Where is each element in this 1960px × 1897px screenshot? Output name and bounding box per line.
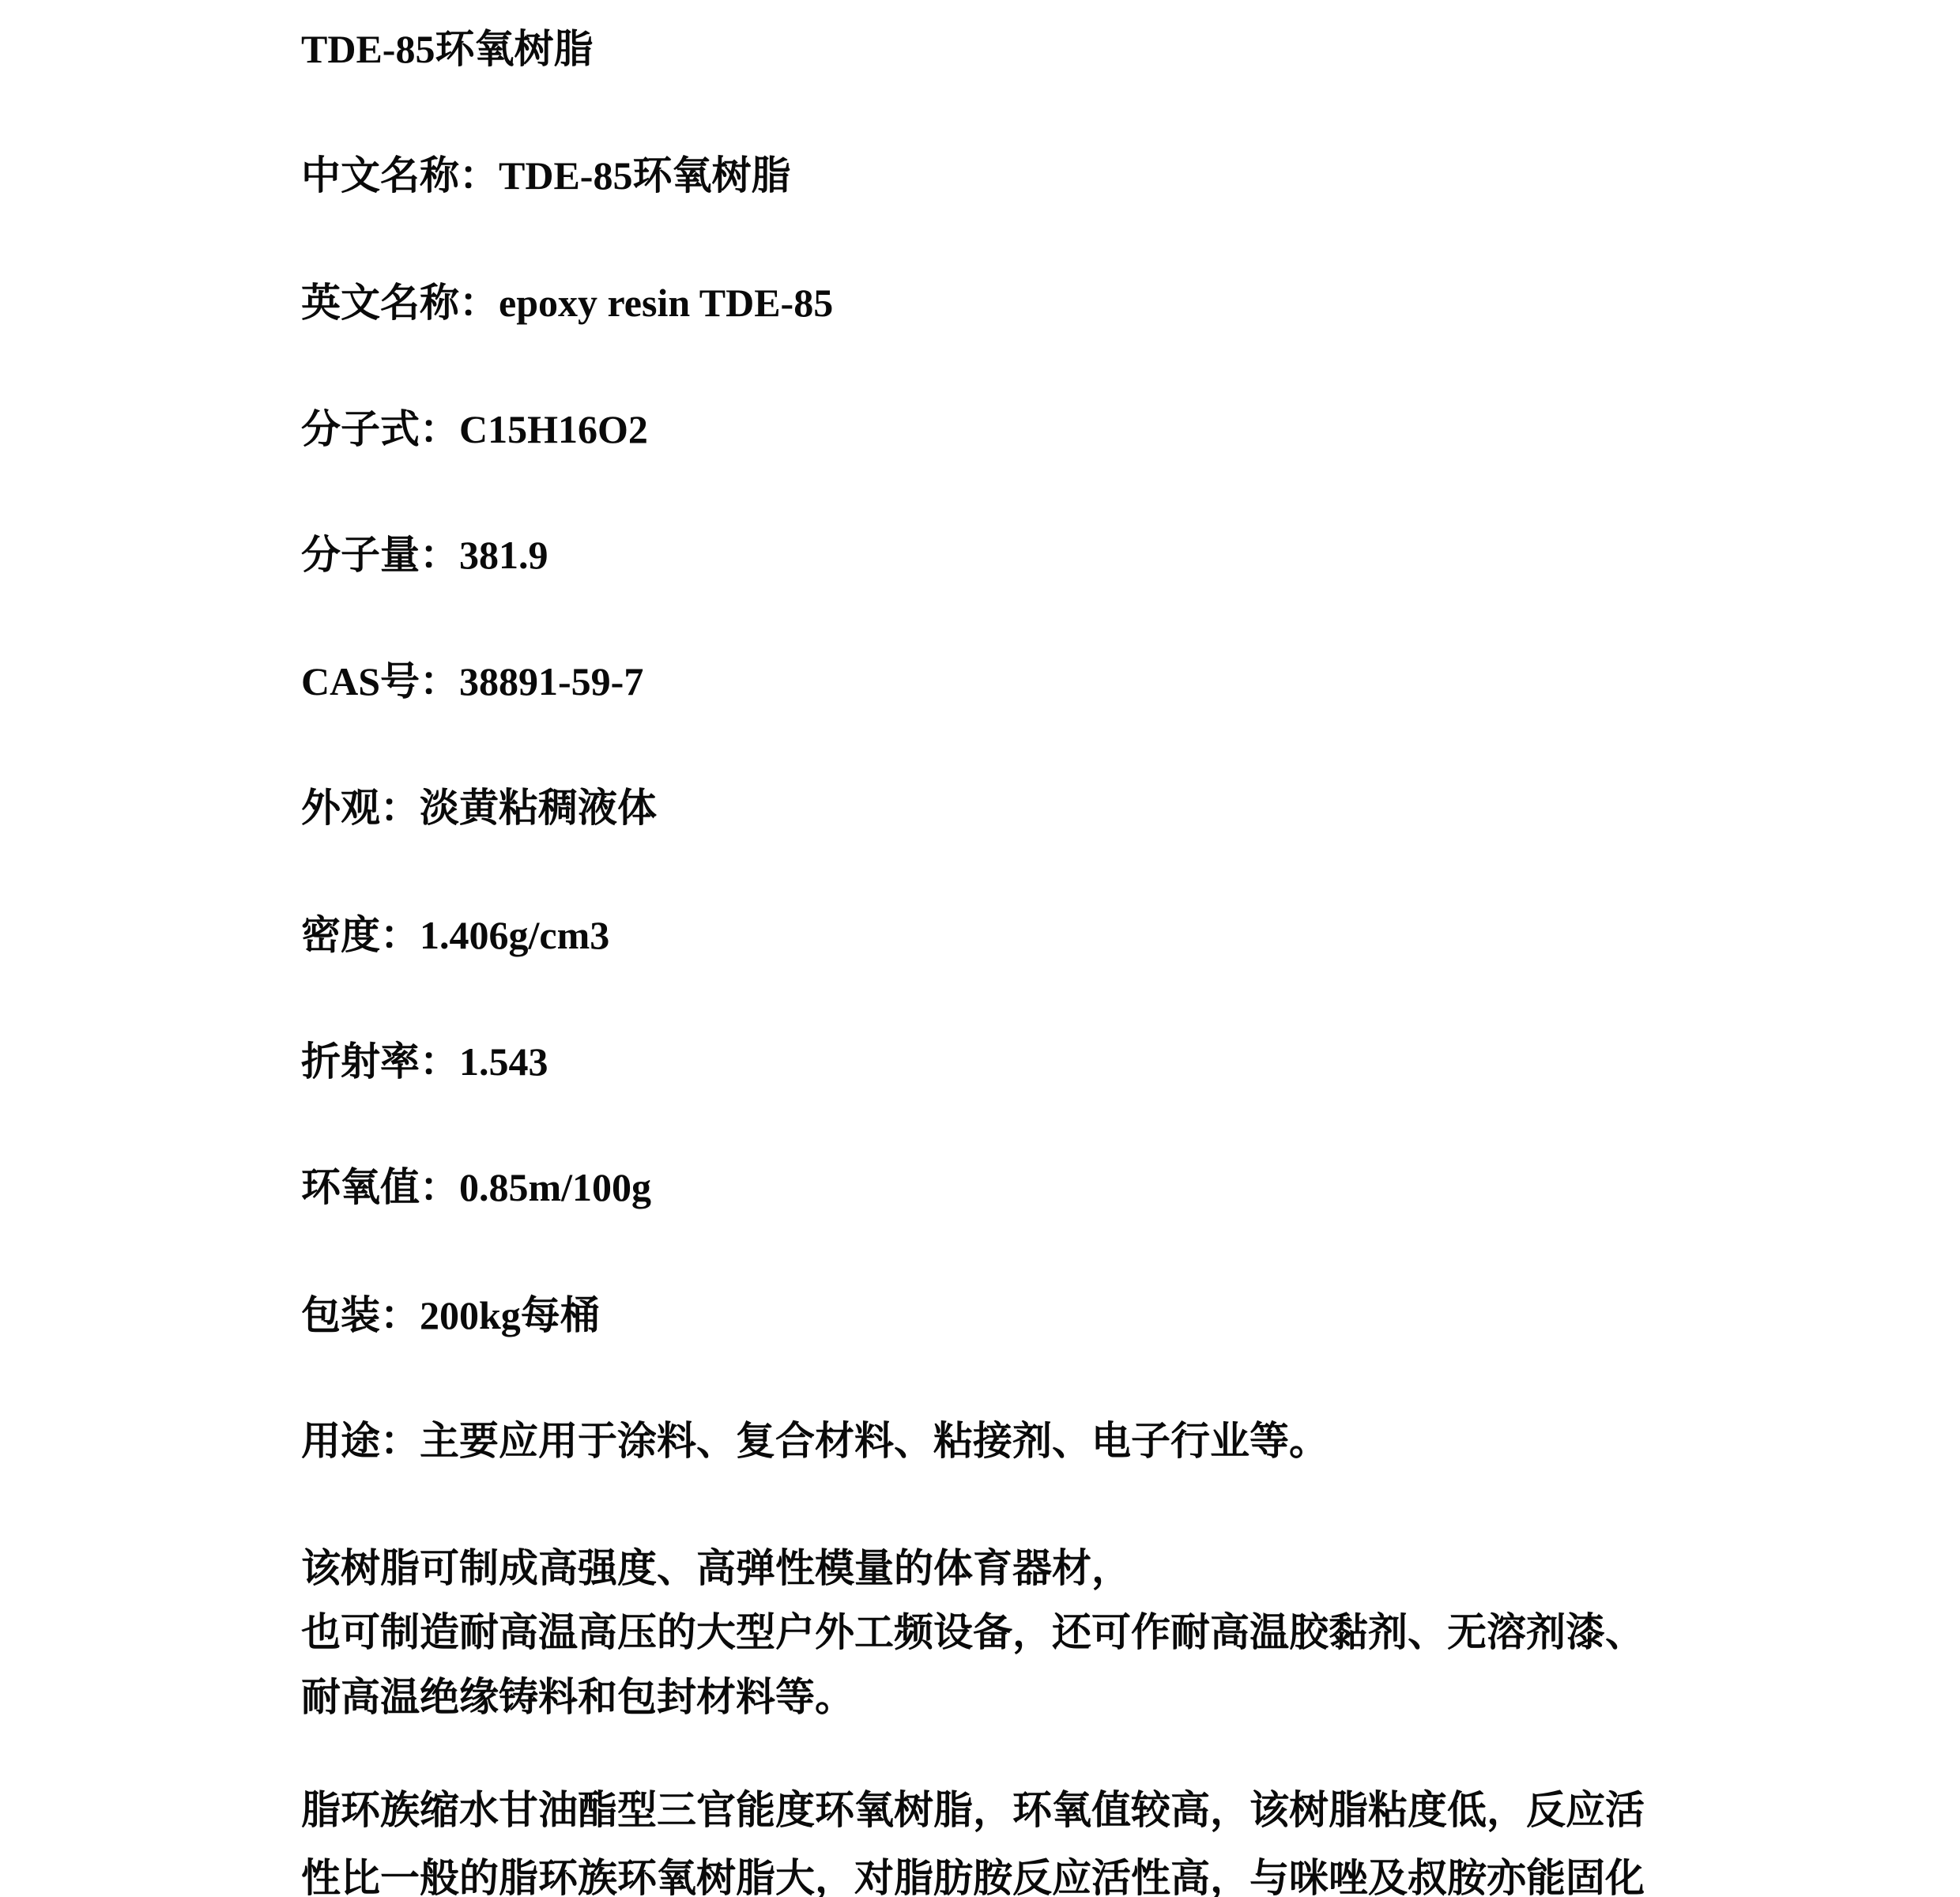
field-label: 折射率： [301,1039,459,1084]
field-value: 1.406g/cm3 [420,913,609,957]
field-molecular-formula: 分子式：C15H16O2 [301,405,648,453]
field-value: 淡黄粘稠液体 [420,786,657,830]
title-text: TDE-85环氧树脂 [301,27,593,71]
field-value: 38891-59-7 [459,659,643,703]
field-label: 分子量： [301,533,459,577]
field-label: 外观： [301,786,420,830]
field-value: 0.85m/100g [459,1165,651,1209]
field-label: 英文名称： [301,281,499,325]
field-label: 分子式： [301,407,459,451]
field-value: TDE-85环氧树脂 [499,153,790,198]
field-value: 381.9 [459,533,548,577]
field-label: 用途： [301,1419,420,1463]
field-molecular-weight: 分子量：381.9 [301,531,548,579]
field-label: CAS号： [301,659,459,703]
field-cas-number: CAS号：38891-59-7 [301,658,643,705]
field-chinese-name: 中文名称：TDE-85环氧树脂 [301,152,790,199]
field-english-name: 英文名称：epoxy resin TDE-85 [301,279,833,326]
paragraph-line: 耐高温绝缘铸料和包封材料等。 [301,1673,854,1721]
field-epoxy-value: 环氧值：0.85m/100g [301,1163,651,1211]
field-refractive-index: 折射率：1.543 [301,1038,548,1085]
field-value: C15H16O2 [459,407,648,451]
field-packaging: 包装：200kg每桶 [301,1292,600,1339]
paragraph-line: 性比一般的脂环族环氧树脂大，对脂肪胺反应活性高，与咪唑及叔胺亦能固化 [301,1854,1645,1897]
field-usage: 用途：主要应用于涂料、复合材料、粘接剂、电子行业等。 [301,1417,1329,1465]
field-value: 1.543 [459,1039,548,1084]
document-title: TDE-85环氧树脂 [301,25,593,73]
field-value: 200kg每桶 [420,1293,600,1337]
field-label: 环氧值： [301,1165,459,1209]
field-appearance: 外观：淡黄粘稠液体 [301,784,657,832]
field-label: 密度： [301,913,420,957]
paragraph-line: 脂环族缩水甘油酯型三官能度环氧树脂，环氧值较高，该树脂粘度低，反应活 [301,1786,1645,1834]
field-value: 主要应用于涂料、复合材料、粘接剂、电子行业等。 [420,1419,1329,1463]
paragraph-line: 也可制造耐高温高压的大型户外工频设备，还可作耐高温胶黏剂、无溶剂漆、 [301,1608,1645,1656]
field-label: 包装： [301,1293,420,1337]
paragraph-line: 该树脂可制成高强度、高弹性模量的体育器材， [301,1544,1131,1592]
field-density: 密度：1.406g/cm3 [301,911,609,959]
field-value: epoxy resin TDE-85 [499,281,833,325]
field-label: 中文名称： [301,153,499,198]
